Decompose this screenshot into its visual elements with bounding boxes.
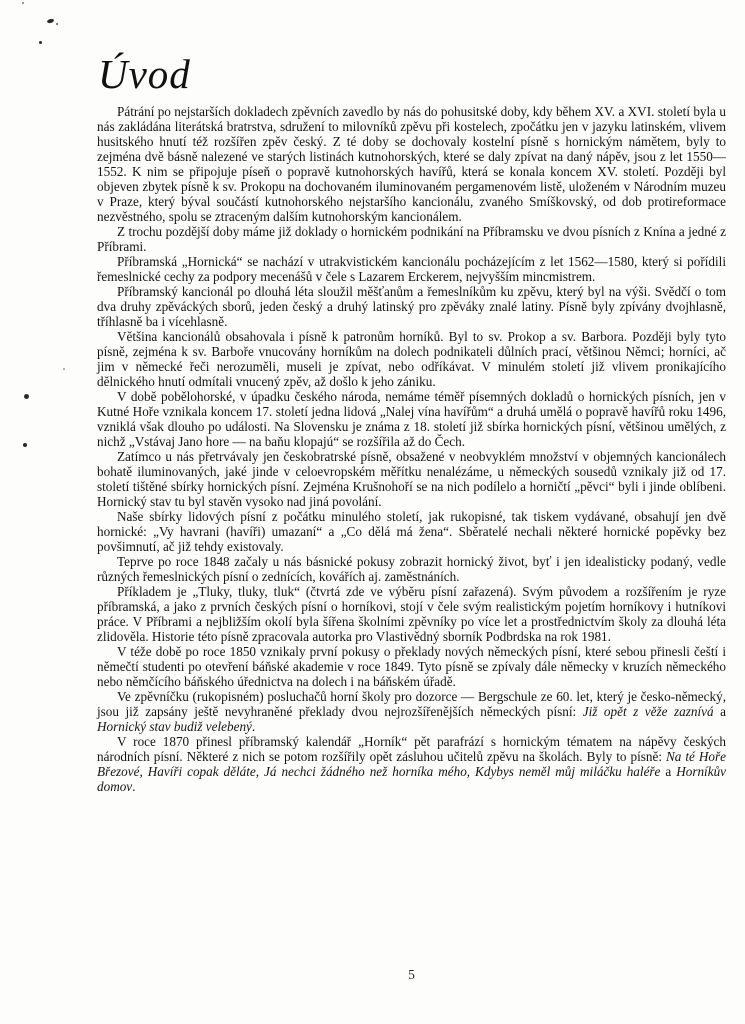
book-page: Úvod Pátrání po nejstarších dokladech zp…: [0, 0, 745, 1024]
ink-speck: [56, 23, 58, 25]
text-run: .: [252, 719, 255, 734]
text-run: Zatímco u nás přetrvávaly jen českobratr…: [97, 449, 726, 509]
ink-speck: [22, 2, 24, 4]
paragraph: Pátrání po nejstarších dokladech zpěvníc…: [97, 104, 726, 224]
ink-speck: [63, 368, 65, 370]
paragraph: Příbramská „Hornická“ se nachází v utrak…: [97, 254, 726, 284]
text-run: Pátrání po nejstarších dokladech zpěvníc…: [97, 104, 726, 224]
text-run: Většina kancionálů obsahovala i písně k …: [97, 329, 726, 389]
ink-speck: [47, 18, 55, 24]
text-run: Teprve po roce 1848 začaly u nás básnick…: [97, 554, 726, 584]
paragraph: V době pobělohorské, v úpadku českého ná…: [97, 389, 726, 449]
text-run: Naše sbírky lidových písní z počátku min…: [97, 509, 726, 554]
paragraph: V téže době po roce 1850 vznikaly první …: [97, 644, 726, 689]
body-paragraphs: Pátrání po nejstarších dokladech zpěvníc…: [97, 104, 726, 794]
text-run: Příbramský kancionál po dlouhá léta slou…: [97, 284, 726, 329]
italic-text-run: Hornický stav budiž velebený: [97, 719, 252, 734]
text-run: Z trochu pozdější doby máme již doklady …: [97, 224, 726, 254]
page-title: Úvod: [98, 50, 191, 98]
page-number: 5: [97, 967, 726, 983]
ink-speck: [39, 41, 42, 44]
ink-speck: [23, 443, 27, 447]
text-run: a: [714, 704, 726, 719]
text-run: .: [132, 779, 135, 794]
text-run: V téže době po roce 1850 vznikaly první …: [97, 644, 726, 689]
text-run: Příbramská „Hornická“ se nachází v utrak…: [97, 254, 726, 284]
paragraph: Zatímco u nás přetrvávaly jen českobratr…: [97, 449, 726, 509]
paragraph: Z trochu pozdější doby máme již doklady …: [97, 224, 726, 254]
ink-speck: [24, 394, 29, 399]
text-run: a: [660, 764, 676, 779]
paragraph: Naše sbírky lidových písní z počátku min…: [97, 509, 726, 554]
paragraph: Většina kancionálů obsahovala i písně k …: [97, 329, 726, 389]
paragraph: Teprve po roce 1848 začaly u nás básnick…: [97, 554, 726, 584]
paragraph: V roce 1870 přinesl příbramský kalendář …: [97, 734, 726, 794]
italic-text-run: Již opět z věže zaznívá: [583, 704, 714, 719]
text-run: V době pobělohorské, v úpadku českého ná…: [97, 389, 726, 449]
paragraph: Příbramský kancionál po dlouhá léta slou…: [97, 284, 726, 329]
paragraph: Příkladem je „Tluky, tluky, tluk“ (čtvrt…: [97, 584, 726, 644]
text-run: Příkladem je „Tluky, tluky, tluk“ (čtvrt…: [97, 584, 726, 644]
text-run: V roce 1870 přinesl příbramský kalendář …: [97, 734, 726, 764]
paragraph: Ve zpěvníčku (rukopisném) posluchačů hor…: [97, 689, 726, 734]
